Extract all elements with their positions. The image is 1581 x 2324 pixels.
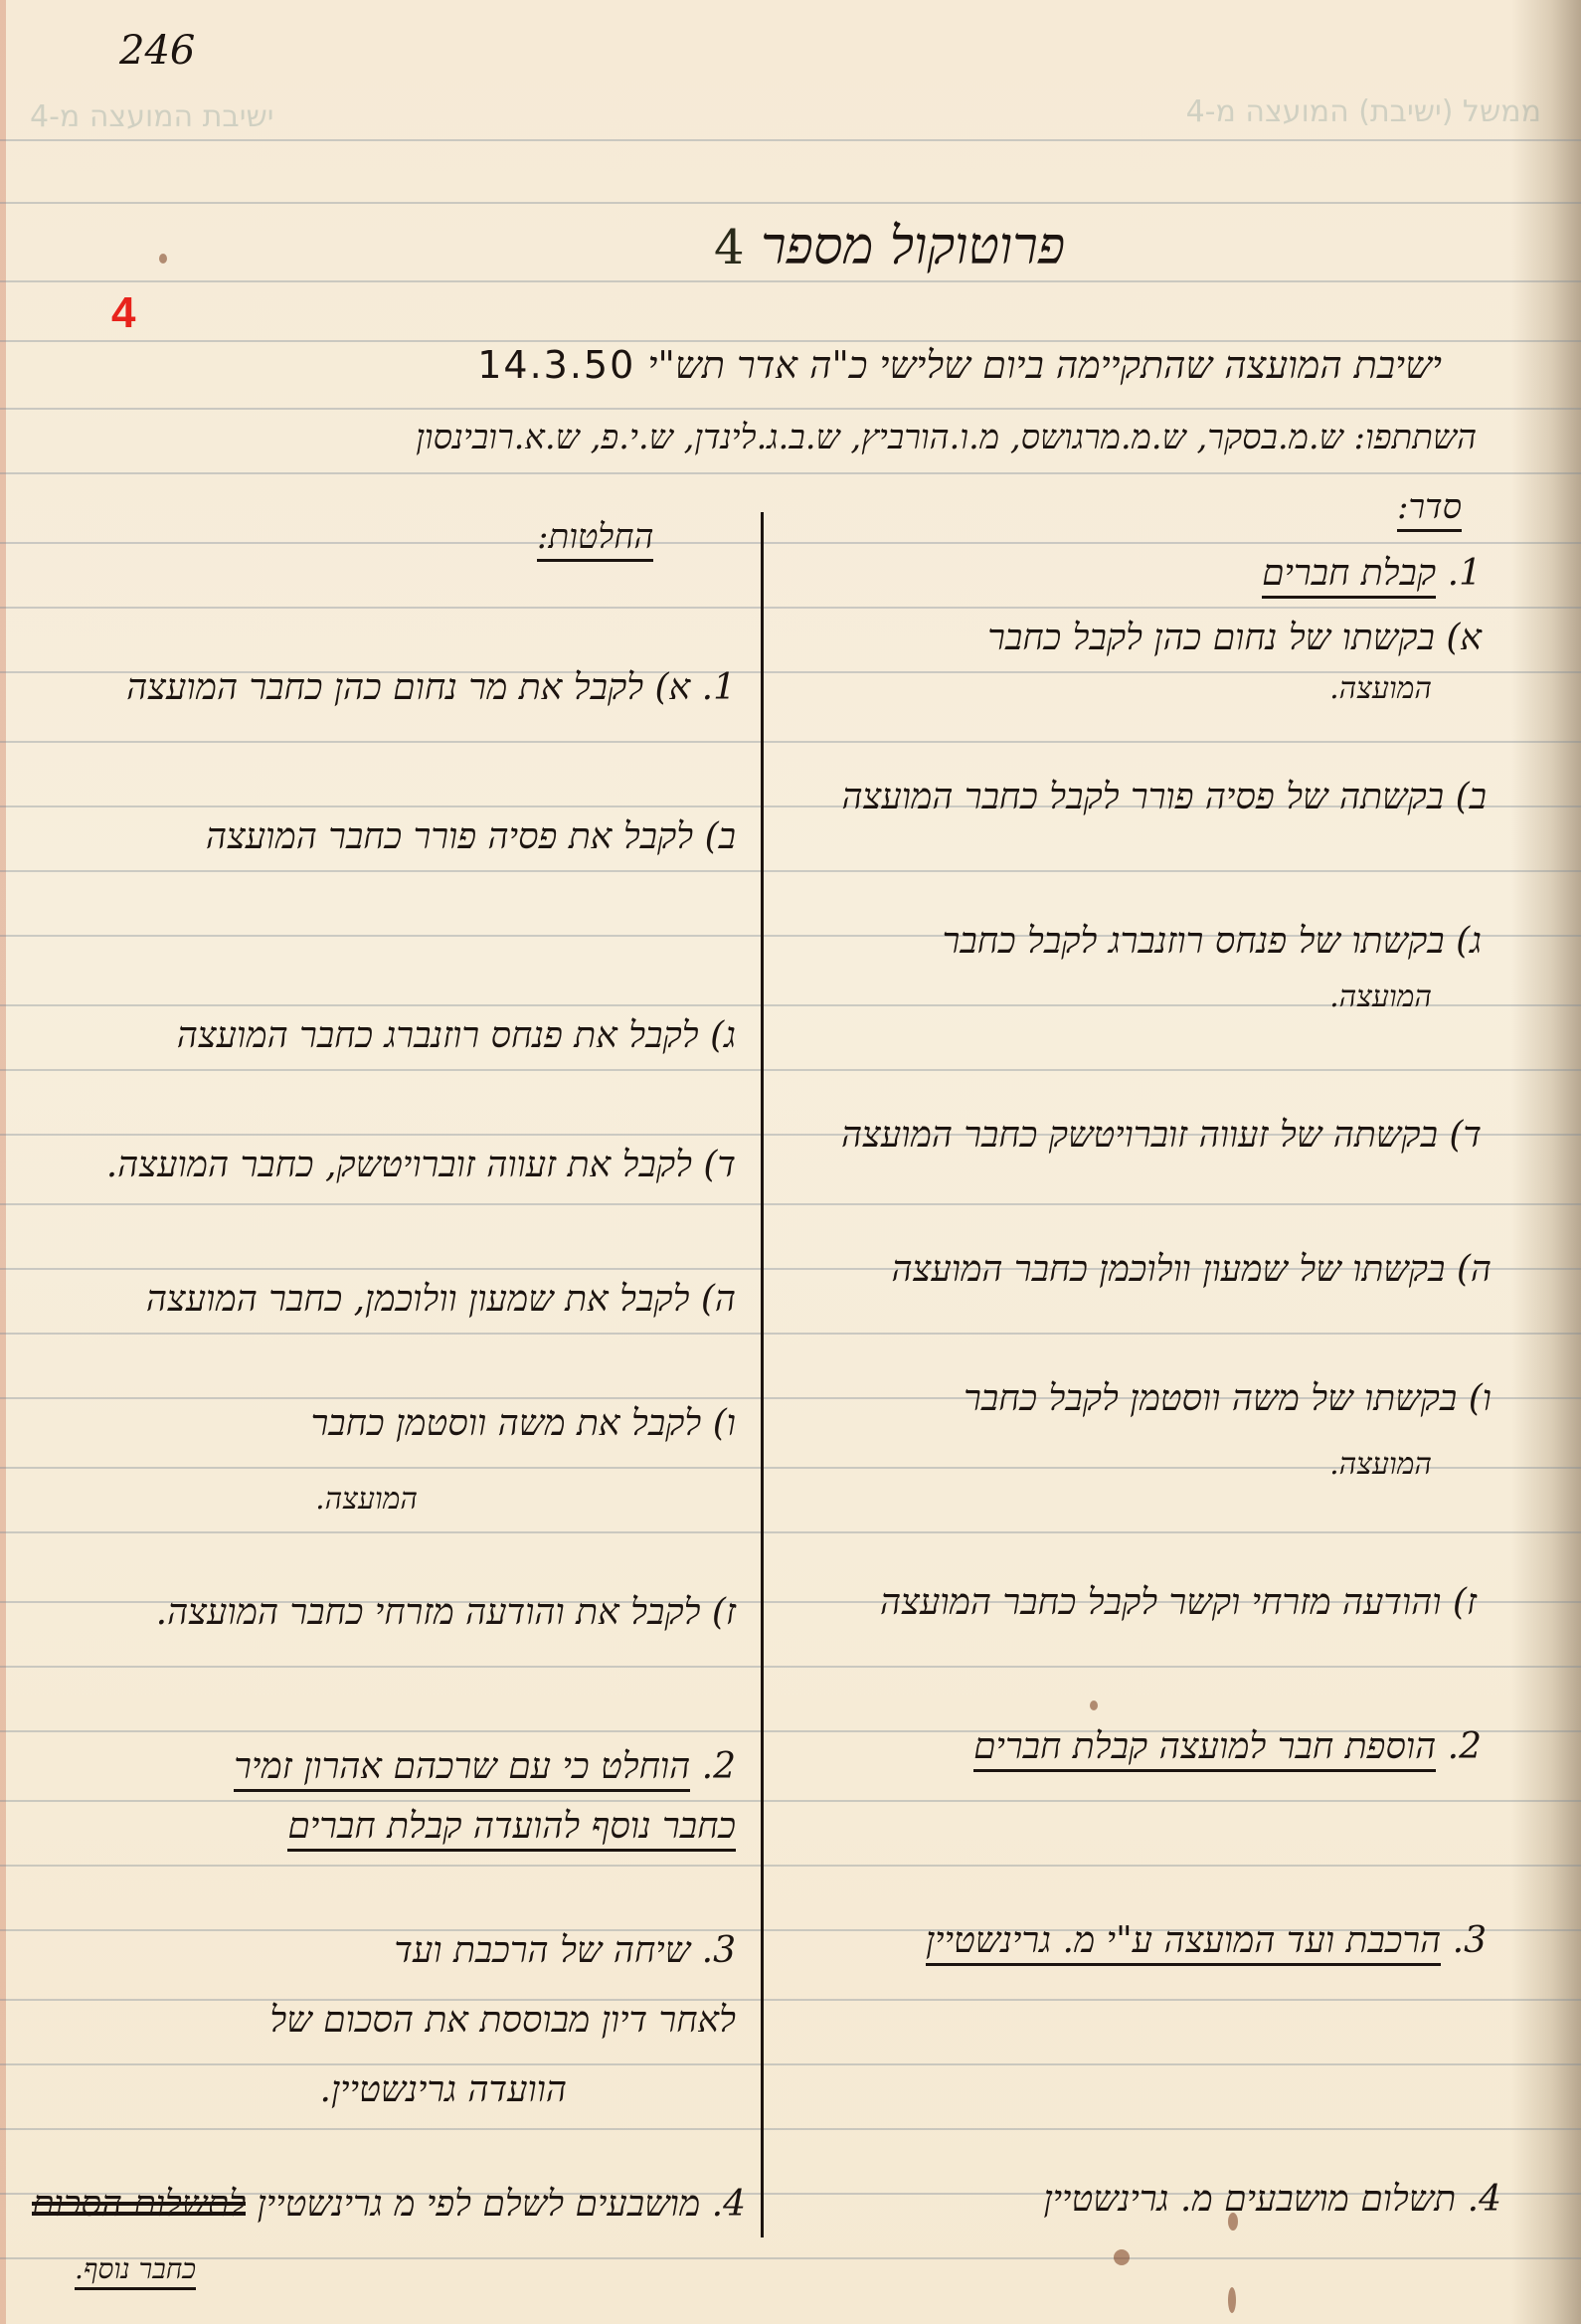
decision-3-line3: הוועדה גרינשטיין.	[320, 2068, 567, 2110]
agenda-1a: א) בקשתו של נחום כהן לקבל כחבר	[987, 617, 1482, 658]
agenda-item-4: 4. תשלום מושבעים מ. גרינשטיין	[1043, 2178, 1501, 2220]
ruled-line	[0, 340, 1581, 342]
page-number: 246	[119, 28, 195, 74]
ruled-line	[0, 2063, 1581, 2065]
red-marker: 4	[111, 288, 135, 338]
agenda-1g: ז) והודעה מזרחי וקשר לקבל כחבר המועצה	[880, 1581, 1477, 1623]
agenda-1d: ד) בקשתה של זעווה זוברויטשק כחבר המועצה	[841, 1114, 1482, 1156]
agenda-item-2: 2. הוספת חבר למועצה קבלת חברים	[973, 1725, 1482, 1767]
column-divider	[761, 512, 764, 2237]
faded-header-right: ממשל (ישיבת) המועצה מ-4	[1186, 94, 1541, 129]
meeting-date: 14.3.50	[477, 343, 635, 387]
ruled-line	[0, 1666, 1581, 1668]
ruled-line	[0, 1800, 1581, 1802]
decision-1a: 1. א) לקבל את מר נחום כהן כחבר המועצה	[126, 666, 736, 708]
agenda-1e: ה) בקשתו של שמעון וולוכמן כחבר המועצה	[892, 1248, 1493, 1290]
decision-4: 4. מושבעים לשלם לפי מ גרינשטיין לתשלום ה…	[32, 2183, 746, 2225]
agenda-1f-cont: המועצה.	[1329, 1447, 1432, 1482]
decision-3-line2: לאחר דיון מבוססת את הסכום של	[269, 1999, 736, 2041]
attendees-line: השתתפו: ש.מ.בסקר, ש.מ.מרגושס, מ.ו.הורביץ…	[416, 418, 1477, 457]
ruled-line	[0, 1333, 1581, 1335]
ruled-line	[0, 472, 1581, 474]
title-text: פרוטוקול מספר	[761, 217, 1065, 276]
decision-1c: ג) לקבל את פנחס רוזנברג כחבר המועצה	[177, 1014, 736, 1056]
decision-1d: ד) לקבל את זעווה זוברויטשק, כחבר המועצה.	[106, 1144, 736, 1185]
ruled-line	[0, 542, 1581, 544]
agenda-item-1-title: 1. קבלת חברים	[1262, 552, 1482, 594]
agenda-1f: ו) בקשתו של משה ווסטמן לקבל כחבר	[964, 1377, 1492, 1419]
ink-spot	[1090, 1700, 1098, 1710]
meeting-line: ישיבת המועצה שהתקיימה ביום שלישי כ"ה אדר…	[418, 343, 1442, 388]
scanned-notebook-page: ישיבת המועצה מ-4 ממשל (ישיבת) המועצה מ-4…	[0, 0, 1581, 2324]
ruled-line	[0, 1531, 1581, 1533]
decision-1f: ו) לקבל את משה ווסטמן כחבר	[311, 1402, 736, 1444]
struck-text: לתשלום הסכום	[32, 2184, 246, 2225]
ink-spot	[1114, 2249, 1130, 2265]
decision-2-line2: כחבר נוסף להועדה קבלת חברים	[287, 1805, 736, 1847]
decision-1f-cont: המועצה.	[315, 1482, 418, 1517]
decision-1g: ז) לקבל את והודעה מזרחי כחבר המועצה.	[156, 1591, 736, 1633]
decision-1b: ב) לקבל את פסיה פורר כחבר המועצה	[206, 815, 736, 857]
ruled-line	[0, 139, 1581, 141]
decisions-heading: החלטות:	[537, 517, 653, 557]
decision-1e: ה) לקבל את שמעון וולוכמן, כחבר המועצה	[146, 1278, 736, 1320]
agenda-1c-cont: המועצה.	[1329, 980, 1432, 1014]
ruled-line	[0, 1069, 1581, 1071]
protocol-title: פרוטוקול מספר 4	[696, 217, 1065, 276]
ruled-line	[0, 741, 1581, 743]
ink-spot	[1228, 2287, 1236, 2313]
ruled-line	[0, 1999, 1581, 2001]
ruled-line	[0, 870, 1581, 872]
ruled-line	[0, 280, 1581, 282]
ruled-line	[0, 1865, 1581, 1867]
protocol-number: 4	[714, 220, 745, 275]
ink-spot	[1228, 2213, 1238, 2231]
decision-2: 2. הוחלט כי עם שרכהם אהרון זמיר	[234, 1745, 736, 1787]
ruled-line	[0, 607, 1581, 609]
ruled-line	[0, 202, 1581, 204]
decision-4-line2: כחבר נוסף.	[75, 2252, 196, 2286]
agenda-item-3: 3. הרכבת ועד המועצה ע"י מ. גרינשטיין	[926, 1919, 1487, 1961]
ruled-line	[0, 1203, 1581, 1205]
faded-header-left: ישיבת המועצה מ-4	[30, 99, 273, 134]
agenda-1b: ב) בקשתה של פסיה פורר לקבל כחבר המועצה	[841, 776, 1487, 817]
ink-spot	[159, 254, 167, 264]
agenda-1a-cont: המועצה.	[1329, 671, 1432, 706]
ruled-line	[0, 2128, 1581, 2130]
agenda-1c: ג) בקשתו של פנחס רוזנברג לקבל כחבר	[943, 920, 1482, 962]
meeting-description: ישיבת המועצה שהתקיימה ביום שלישי כ"ה אדר…	[647, 343, 1442, 387]
ruled-line	[0, 2257, 1581, 2259]
agenda-heading: סדר:	[1397, 487, 1462, 527]
ruled-line	[0, 408, 1581, 410]
decision-3: 3. שיחה של הרכבת ועד	[394, 1929, 736, 1971]
